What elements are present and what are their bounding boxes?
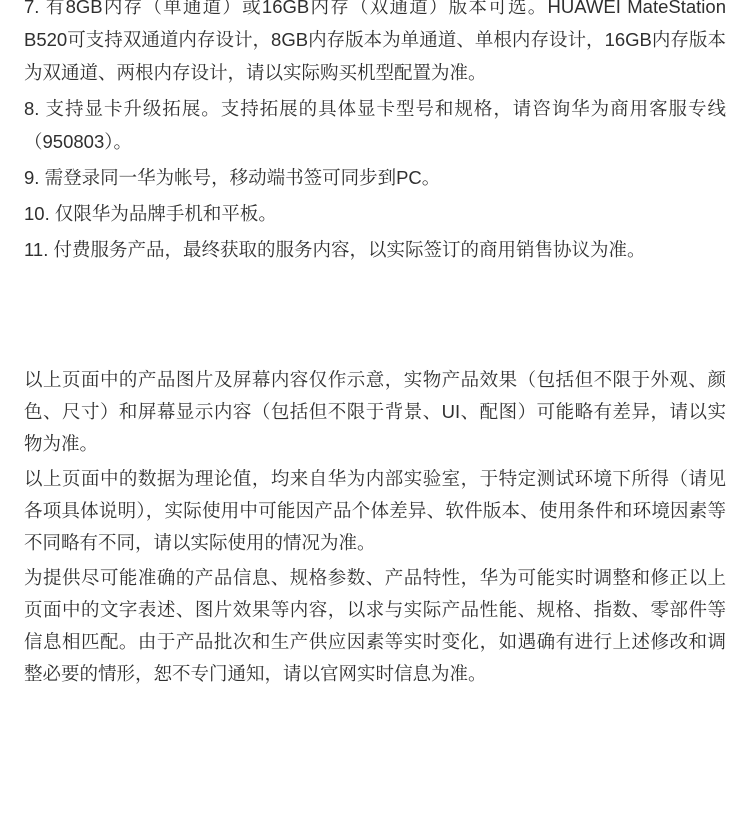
product-notes-page: 7. 有8GB内存（单通道）或16GB内存（双通道）版本可选。HUAWEI Ma…	[0, 0, 750, 814]
disclaimer-paragraph-adjustments: 为提供尽可能准确的产品信息、规格参数、产品特性，华为可能实时调整和修正以上页面中…	[24, 562, 726, 690]
disclaimer-paragraph-lab-data: 以上页面中的数据为理论值，均来自华为内部实验室，于特定测试环境下所得（请见各项具…	[24, 463, 726, 559]
footnote-item-10: 10. 仅限华为品牌手机和平板。	[24, 197, 726, 230]
disclaimers-section: 以上页面中的产品图片及屏幕内容仅作示意，实物产品效果（包括但不限于外观、颜色、尺…	[24, 364, 726, 690]
footnote-item-7: 7. 有8GB内存（单通道）或16GB内存（双通道）版本可选。HUAWEI Ma…	[24, 0, 726, 89]
section-spacer	[24, 269, 726, 364]
footnote-item-8: 8. 支持显卡升级拓展。支持拓展的具体显卡型号和规格，请咨询华为商用客服专线（9…	[24, 92, 726, 158]
footnotes-section: 7. 有8GB内存（单通道）或16GB内存（双通道）版本可选。HUAWEI Ma…	[24, 0, 726, 266]
disclaimer-paragraph-visual: 以上页面中的产品图片及屏幕内容仅作示意，实物产品效果（包括但不限于外观、颜色、尺…	[24, 364, 726, 460]
footnote-item-9: 9. 需登录同一华为帐号，移动端书签可同步到PC。	[24, 161, 726, 194]
footnote-item-11: 11. 付费服务产品，最终获取的服务内容，以实际签订的商用销售协议为准。	[24, 233, 726, 266]
